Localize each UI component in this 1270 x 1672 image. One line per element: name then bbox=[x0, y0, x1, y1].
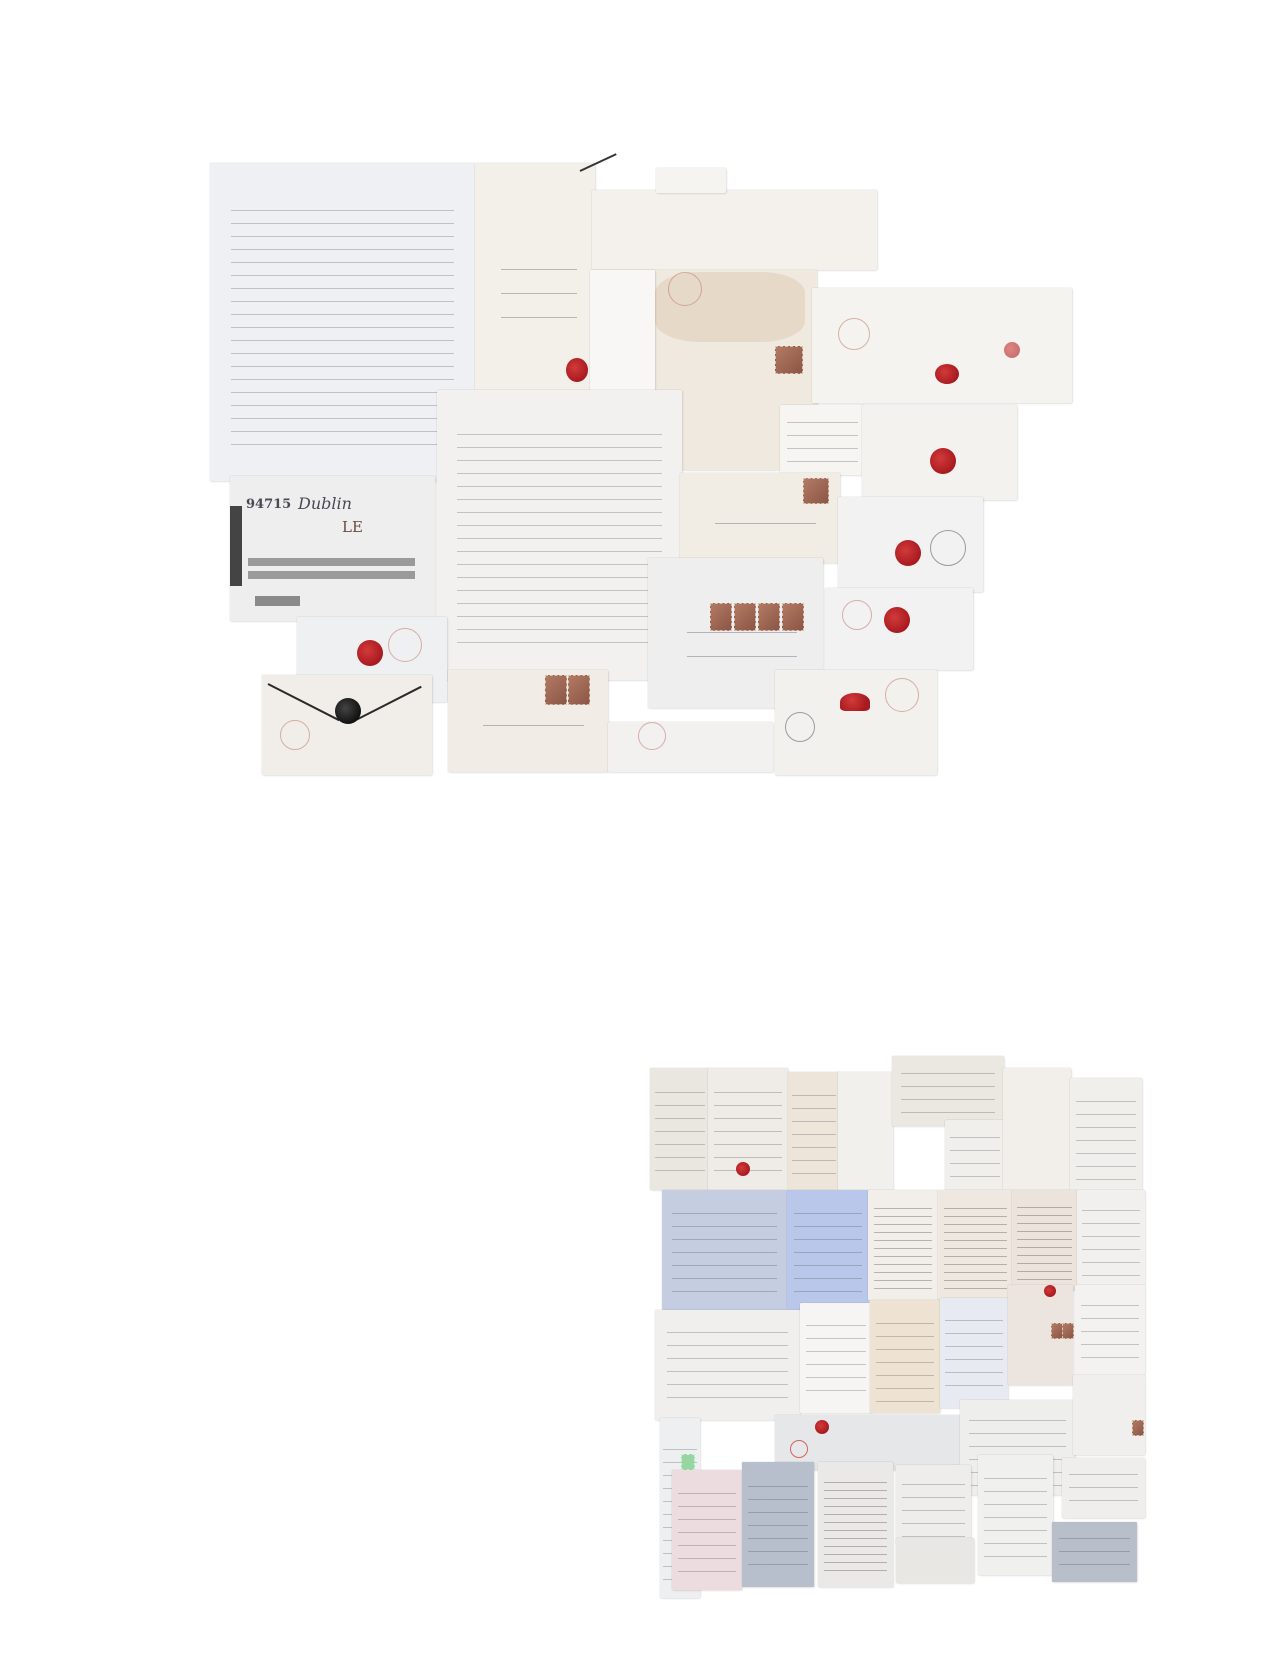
wax-seal-icon bbox=[566, 358, 588, 382]
wax-seal-icon bbox=[935, 364, 959, 384]
wax-seal-icon bbox=[736, 1162, 750, 1176]
penny-stamp-icon bbox=[803, 478, 829, 504]
envelope bbox=[592, 190, 877, 270]
penny-stamp-icon bbox=[1062, 1323, 1074, 1339]
penny-stamp-icon bbox=[775, 346, 803, 374]
cheque-mark: LE bbox=[342, 518, 363, 536]
handwritten-letter bbox=[1075, 1285, 1145, 1375]
postmark-icon bbox=[885, 678, 919, 712]
blank-sheet bbox=[590, 270, 655, 390]
grey-blue-letter bbox=[1052, 1522, 1137, 1582]
penny-stamp-icon bbox=[782, 603, 804, 631]
postmark-icon bbox=[668, 272, 702, 306]
postmark-icon bbox=[638, 722, 666, 750]
blue-letter bbox=[787, 1190, 869, 1310]
postmark-icon bbox=[790, 1440, 808, 1458]
handwritten-letter bbox=[938, 1190, 1013, 1300]
letters-photo-upper: 94715 Dublin LE bbox=[0, 0, 1270, 800]
postmark-icon bbox=[842, 600, 872, 630]
envelope-flap bbox=[656, 168, 726, 193]
folded-cover bbox=[896, 1538, 974, 1583]
blank-sheet bbox=[1003, 1068, 1071, 1190]
wax-seal-icon bbox=[1004, 342, 1020, 358]
ledger-letter bbox=[868, 1190, 938, 1300]
wax-seal-icon bbox=[884, 607, 910, 633]
handwritten-letter bbox=[210, 163, 475, 481]
penny-stamp-icon bbox=[545, 675, 567, 705]
cheque-number: 94715 bbox=[246, 497, 291, 512]
handwritten-note bbox=[780, 405, 865, 475]
postmark-icon bbox=[785, 712, 815, 742]
handwritten-letter bbox=[892, 1056, 1004, 1126]
penny-stamp-icon bbox=[734, 603, 756, 631]
green-stamp-icon bbox=[681, 1454, 695, 1470]
handwritten-letter bbox=[800, 1303, 872, 1413]
handwritten-letter bbox=[818, 1462, 893, 1587]
handwritten-letter bbox=[437, 390, 682, 680]
blue-letter bbox=[662, 1190, 787, 1310]
cream-letter bbox=[870, 1300, 940, 1413]
handwritten-letter bbox=[1070, 1078, 1142, 1194]
handwritten-letter bbox=[650, 1068, 710, 1190]
wax-seal-icon bbox=[840, 693, 870, 711]
handwritten-letter bbox=[896, 1465, 971, 1545]
postmark-icon bbox=[280, 720, 310, 750]
postmark-icon bbox=[838, 318, 870, 350]
wax-seal-icon bbox=[1044, 1285, 1056, 1297]
handwritten-letter bbox=[945, 1120, 1005, 1190]
penny-stamp-icon bbox=[758, 603, 780, 631]
penny-stamp-icon bbox=[568, 675, 590, 705]
penny-stamp-icon bbox=[710, 603, 732, 631]
black-wax-seal-icon bbox=[335, 698, 361, 724]
handwritten-letter bbox=[788, 1072, 840, 1190]
postmark-icon bbox=[930, 530, 966, 566]
printed-letterhead bbox=[1062, 1458, 1145, 1518]
cheque-city: Dublin bbox=[298, 494, 352, 513]
postmark-icon bbox=[388, 628, 422, 662]
blank-sheet bbox=[838, 1072, 893, 1190]
grey-blue-letter bbox=[742, 1462, 814, 1587]
cover-with-stamp bbox=[1073, 1375, 1145, 1455]
blue-letter bbox=[940, 1298, 1008, 1408]
envelope bbox=[608, 722, 773, 772]
wax-seal-icon bbox=[930, 448, 956, 474]
handwritten-letter bbox=[978, 1455, 1053, 1575]
letters-photo-lower bbox=[0, 1000, 1270, 1672]
penny-stamp-icon bbox=[1132, 1420, 1144, 1436]
wax-seal-icon bbox=[357, 640, 383, 666]
pink-letter bbox=[672, 1470, 742, 1590]
wax-seal-icon bbox=[895, 540, 921, 566]
handwritten-letter bbox=[1077, 1190, 1145, 1285]
handwritten-letter bbox=[655, 1310, 800, 1420]
wax-seal-icon bbox=[815, 1420, 829, 1434]
handwritten-letter bbox=[1012, 1190, 1077, 1290]
